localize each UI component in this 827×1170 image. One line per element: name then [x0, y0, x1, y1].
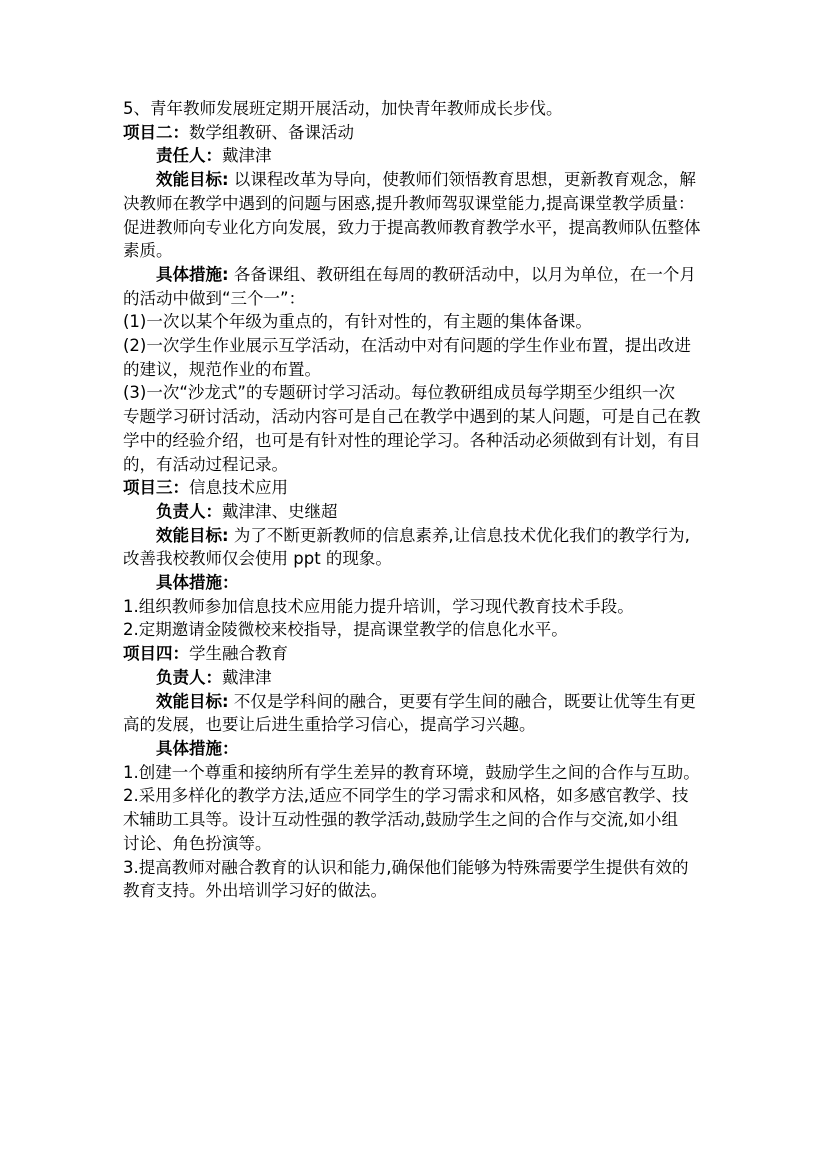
text-run: 促进教师向专业化方向发展，致力于提高教师教育教学水平，提高教师队伍整体 — [123, 218, 701, 237]
text-line: 责任人：戴津津 — [123, 144, 717, 168]
heading-run: 项目三： — [123, 478, 189, 497]
text-line: 的活动中做到“三个一”： — [123, 287, 717, 311]
text-line: 的建议，规范作业的布置。 — [123, 358, 717, 382]
text-line: (2)一次学生作业展示互学活动，在活动中对有问题的学生作业布置，提出改进 — [123, 334, 717, 358]
text-run: 2.采用多样化的教学方法,适应不同学生的学习需求和风格，如多感官教学、技 — [123, 786, 689, 805]
text-line: 效能目标: 以课程改革为导向，使教师们领悟教育思想，更新教育观念，解 — [123, 168, 717, 192]
text-run: 5、青年教师发展班定期开展活动，加快青年教师成长步伐。 — [123, 99, 563, 118]
text-line: 术辅助工具等。设计互动性强的教学活动,鼓励学生之间的合作与交流,如小组 — [123, 808, 717, 832]
document-content: 5、青年教师发展班定期开展活动，加快青年教师成长步伐。项目二：数学组教研、备课活… — [123, 97, 717, 903]
text-line: 效能目标: 不仅是学科间的融合，更要有学生间的融合，既要让优等生有更 — [123, 690, 717, 714]
heading-run: 负责人： — [156, 668, 222, 687]
heading-run: 具体措施： — [156, 739, 239, 758]
text-line: (1)一次以某个年级为重点的，有针对性的，有主题的集体备课。 — [123, 310, 717, 334]
heading-run: 效能目标: — [156, 170, 229, 189]
text-line: 1.组织教师参加信息技术应用能力提升培训，学习现代教育技术手段。 — [123, 595, 717, 619]
text-line: (3)一次“沙龙式”的专题研讨学习活动。每位教研组成员每学期至少组织一次 — [123, 381, 717, 405]
text-run: 戴津津、史继超 — [222, 502, 338, 521]
text-run: 戴津津 — [222, 668, 272, 687]
text-run: (2)一次学生作业展示互学活动，在活动中对有问题的学生作业布置，提出改进 — [123, 336, 691, 355]
text-run: 术辅助工具等。设计互动性强的教学活动,鼓励学生之间的合作与交流,如小组 — [123, 810, 678, 829]
heading-run: 负责人： — [156, 502, 222, 521]
text-line: 1.创建一个尊重和接纳所有学生差异的教育环境，鼓励学生之间的合作与互助。 — [123, 761, 717, 785]
text-run: 改善我校教师仅会使用 ppt 的现象。 — [123, 549, 392, 568]
text-line: 的，有活动过程记录。 — [123, 453, 717, 477]
text-line: 学中的经验介绍，也可是有针对性的理论学习。各种活动必须做到有计划，有目 — [123, 429, 717, 453]
text-line: 具体措施： — [123, 571, 717, 595]
text-run: 学中的经验介绍，也可是有针对性的理论学习。各种活动必须做到有计划，有目 — [123, 431, 701, 450]
text-run: 学生融合教育 — [189, 644, 288, 663]
text-line: 专题学习研讨活动，活动内容可是自己在教学中遇到的某人问题，可是自己在教 — [123, 405, 717, 429]
text-run: 数学组教研、备课活动 — [189, 123, 354, 142]
text-run: 3.提高教师对融合教育的认识和能力,确保他们能够为特殊需要学生提供有效的 — [123, 858, 689, 877]
text-line: 2.定期邀请金陵微校来校指导，提高课堂教学的信息化水平。 — [123, 618, 717, 642]
heading-run: 具体措施： — [156, 573, 239, 592]
heading-run: 项目二： — [123, 123, 189, 142]
text-run: 高的发展，也要让后进生重拾学习信心，提高学习兴趣。 — [123, 715, 536, 734]
text-line: 项目四：学生融合教育 — [123, 642, 717, 666]
text-line: 决教师在教学中遇到的问题与困惑,提升教师驾驭课堂能力,提高课堂教学质量： — [123, 192, 717, 216]
text-line: 教育支持。外出培训学习好的做法。 — [123, 879, 717, 903]
text-run: 1.组织教师参加信息技术应用能力提升培训，学习现代教育技术手段。 — [123, 597, 634, 616]
text-run: 1.创建一个尊重和接纳所有学生差异的教育环境，鼓励学生之间的合作与互助。 — [123, 763, 700, 782]
text-run: 决教师在教学中遇到的问题与困惑,提升教师驾驭课堂能力,提高课堂教学质量： — [123, 194, 695, 213]
text-run: 信息技术应用 — [189, 478, 288, 497]
text-line: 负责人：戴津津 — [123, 666, 717, 690]
heading-run: 责任人： — [156, 146, 222, 165]
heading-run: 效能目标: — [156, 526, 229, 545]
text-line: 具体措施： — [123, 737, 717, 761]
heading-run: 具体措施: — [156, 265, 229, 284]
text-line: 5、青年教师发展班定期开展活动，加快青年教师成长步伐。 — [123, 97, 717, 121]
text-run: 讨论、角色扮演等。 — [123, 834, 272, 853]
text-run: 不仅是学科间的融合，更要有学生间的融合，既要让优等生有更 — [229, 692, 696, 711]
text-line: 促进教师向专业化方向发展，致力于提高教师教育教学水平，提高教师队伍整体 — [123, 216, 717, 240]
text-run: (3)一次“沙龙式”的专题研讨学习活动。每位教研组成员每学期至少组织一次 — [123, 383, 675, 402]
text-run: 为了不断更新教师的信息素养,让信息技术优化我们的教学行为, — [229, 526, 690, 545]
text-run: 各备课组、教研组在每周的教研活动中，以月为单位，在一个月 — [229, 265, 696, 284]
document-page: 5、青年教师发展班定期开展活动，加快青年教师成长步伐。项目二：数学组教研、备课活… — [0, 0, 827, 1170]
text-run: 的活动中做到“三个一”： — [123, 289, 305, 308]
text-line: 素质。 — [123, 239, 717, 263]
heading-run: 项目四： — [123, 644, 189, 663]
heading-run: 效能目标: — [156, 692, 229, 711]
text-line: 改善我校教师仅会使用 ppt 的现象。 — [123, 547, 717, 571]
text-line: 讨论、角色扮演等。 — [123, 832, 717, 856]
text-run: (1)一次以某个年级为重点的，有针对性的，有主题的集体备课。 — [123, 312, 592, 331]
text-line: 效能目标: 为了不断更新教师的信息素养,让信息技术优化我们的教学行为, — [123, 524, 717, 548]
text-line: 具体措施: 各备课组、教研组在每周的教研活动中，以月为单位，在一个月 — [123, 263, 717, 287]
text-run: 素质。 — [123, 241, 173, 260]
text-run: 2.定期邀请金陵微校来校指导，提高课堂教学的信息化水平。 — [123, 620, 568, 639]
text-line: 高的发展，也要让后进生重拾学习信心，提高学习兴趣。 — [123, 713, 717, 737]
text-run: 以课程改革为导向，使教师们领悟教育思想，更新教育观念，解 — [229, 170, 696, 189]
text-line: 2.采用多样化的教学方法,适应不同学生的学习需求和风格，如多感官教学、技 — [123, 784, 717, 808]
text-run: 戴津津 — [222, 146, 272, 165]
text-run: 教育支持。外出培训学习好的做法。 — [123, 881, 387, 900]
text-line: 负责人：戴津津、史继超 — [123, 500, 717, 524]
text-line: 项目三：信息技术应用 — [123, 476, 717, 500]
text-run: 专题学习研讨活动，活动内容可是自己在教学中遇到的某人问题，可是自己在教 — [123, 407, 701, 426]
text-line: 3.提高教师对融合教育的认识和能力,确保他们能够为特殊需要学生提供有效的 — [123, 856, 717, 880]
text-run: 的，有活动过程记录。 — [123, 455, 288, 474]
text-line: 项目二：数学组教研、备课活动 — [123, 121, 717, 145]
text-run: 的建议，规范作业的布置。 — [123, 360, 321, 379]
